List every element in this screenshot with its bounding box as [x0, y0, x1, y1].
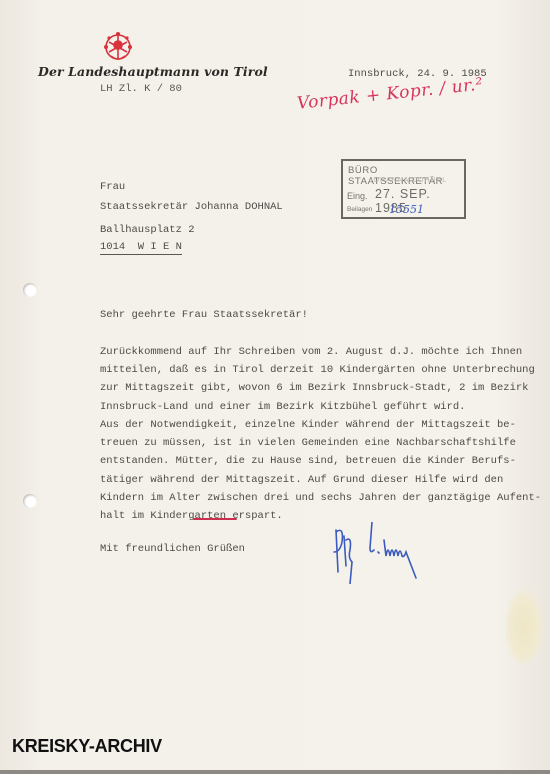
receipt-stamp: BÜRO STAATSSEKRETÄR JOHANNA DOHNAL Eing.… — [341, 159, 466, 219]
recipient-name: Staatssekretär Johanna DOHNAL — [100, 201, 283, 213]
letterhead-title: Der Landeshauptmann von Tirol — [38, 64, 268, 79]
paper-stain — [505, 590, 543, 665]
greeting: Sehr geehrte Frau Staatssekretär! — [100, 306, 520, 324]
signature-icon — [330, 522, 420, 584]
paragraph-2: Aus der Notwendigkeit, einzelne Kinder w… — [100, 416, 520, 525]
stamp-name: JOHANNA DOHNAL — [369, 177, 447, 184]
stamp-beilagen-label: Beilagen — [347, 206, 372, 213]
closing: Mit freundlichen Grüßen — [100, 540, 520, 558]
punch-hole — [23, 494, 37, 508]
recipient-salutation: Frau — [100, 181, 125, 193]
scan-bottom-edge — [0, 770, 550, 774]
stamp-eing-label: Eing. — [347, 191, 368, 201]
archive-label: KREISKY-ARCHIV — [12, 736, 162, 757]
recipient-street: Ballhausplatz 2 — [100, 224, 195, 236]
stamp-number: 15551 — [389, 203, 424, 216]
tyrolean-eagle-emblem-icon — [101, 30, 135, 64]
paragraph-1: Zurückkommend auf Ihr Schreiben vom 2. A… — [100, 343, 520, 416]
reference-number: LH Zl. K / 80 — [100, 83, 182, 95]
red-underline-mark — [193, 518, 237, 520]
recipient-city: 1014 W I E N — [100, 241, 182, 255]
punch-hole — [23, 283, 37, 297]
